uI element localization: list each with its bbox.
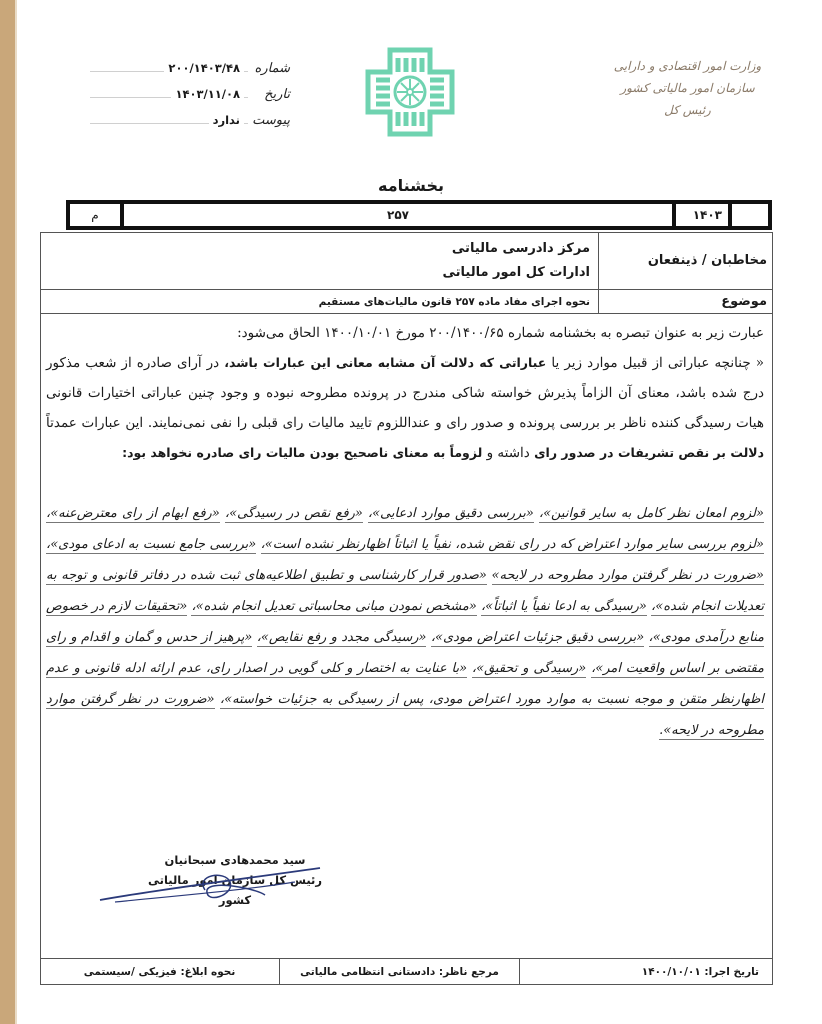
- intro-paragraph: عبارت زیر به عنوان تبصره به بخشنامه شمار…: [46, 318, 764, 348]
- ministry-letterhead: وزارت امور اقتصادی و دارایی سازمان امور …: [600, 55, 775, 121]
- circular-suffix: م: [70, 204, 120, 226]
- phrase-item: «بررسی جامع نسبت به ادعای مودی»،: [46, 537, 256, 554]
- addressee-item: ادارات کل امور مالیاتی: [40, 261, 590, 285]
- phrase-item: «بررسی دقیق جزئیات اعتراض مودی»،: [431, 630, 644, 647]
- letter-date-label: تاریخ: [250, 87, 290, 102]
- text-run: داشته و: [482, 445, 534, 461]
- addressees-label: مخاطبان / ذینفعان: [598, 232, 773, 289]
- bold-text-run: لزوماً به معنای ناصحیح بودن مالیات رای ص…: [122, 445, 482, 460]
- footer-row: تاریخ اجرا: ۱۴۰۰/۱۰/۰۱ مرجع ناظر: دادستا…: [40, 958, 773, 985]
- circular-year: ۱۴۰۳: [672, 204, 728, 226]
- notification-method: نحوه ابلاغ: فیزیکی /سیستمی: [40, 959, 279, 985]
- bold-text-run: عباراتی که دلالت آن مشابه معانی این عبار…: [224, 355, 546, 370]
- tax-organization-logo-icon: [360, 42, 460, 142]
- attachment-row: پیوست ندارد: [90, 107, 290, 133]
- attachment-value: ندارد: [209, 113, 244, 127]
- phrase-item: «ضرورت در نظر گرفتن موارد مطروحه در لایح…: [492, 568, 764, 585]
- supervisory-reference: مرجع ناظر: دادستانی انتظامی مالیاتی: [279, 959, 519, 985]
- phrase-item: «لزوم بررسی سایر موارد اعتراض که در رای …: [261, 537, 764, 554]
- main-paragraph: « چنانچه عباراتی از قبیل موارد زیر یا عب…: [46, 348, 764, 468]
- document-title: بخشنامه: [0, 176, 822, 195]
- letter-date-row: تاریخ ۱۴۰۳/۱۱/۰۸: [90, 81, 290, 107]
- phrase-item: «رسیدگی و تحقیق»،: [472, 661, 586, 678]
- circular-number: ۲۵۷: [120, 204, 672, 226]
- paper-edge: [15, 0, 17, 1024]
- subject-value: نحوه اجرای مفاد ماده ۲۵۷ قانون مالیات‌ها…: [40, 290, 598, 313]
- phrase-item: «مشخص نمودن مبانی محاسباتی تعدیل انجام ش…: [191, 599, 476, 616]
- attachment-label: پیوست: [250, 113, 290, 128]
- phrase-item: «بررسی دقیق موارد ادعایی»،: [368, 506, 534, 523]
- phrase-item: «رفع ابهام از رای معترض‌عنه»،: [46, 506, 220, 523]
- addressees-row: مخاطبان / ذینفعان مرکز دادرسی مالیاتی اد…: [40, 232, 773, 290]
- phrase-item: «رسیدگی مجدد و رفع نقایص»،: [257, 630, 427, 647]
- phrase-item: «رسیدگی به ادعا نفیاً یا اثباتاً»،: [481, 599, 647, 616]
- circular-body: عبارت زیر به عنوان تبصره به بخشنامه شمار…: [46, 318, 764, 468]
- organization-line: سازمان امور مالیاتی کشور: [600, 77, 775, 99]
- text-run: « چنانچه عباراتی از قبیل موارد زیر یا: [546, 355, 764, 371]
- letter-number-value: ۲۰۰/۱۴۰۳/۴۸: [164, 61, 244, 75]
- effective-date: تاریخ اجرا: ۱۴۰۰/۱۰/۰۱: [519, 959, 773, 985]
- desk-background-edge: [0, 0, 15, 1024]
- number-bar-empty-cell: [728, 204, 768, 226]
- handwritten-signature-icon: [95, 860, 325, 910]
- phrase-item: «لزوم امعان نظر کامل به سایر قوانین»،: [539, 506, 764, 523]
- subject-label: موضوع: [598, 290, 773, 313]
- addressees-value: مرکز دادرسی مالیاتی ادارات کل امور مالیا…: [40, 232, 598, 289]
- letter-date-value: ۱۴۰۳/۱۱/۰۸: [171, 87, 244, 101]
- ministry-line: وزارت امور اقتصادی و دارایی: [600, 55, 775, 77]
- letter-number-label: شماره: [250, 61, 290, 76]
- head-title-line: رئیس کل: [600, 99, 775, 121]
- letter-meta: شماره ۲۰۰/۱۴۰۳/۴۸ تاریخ ۱۴۰۳/۱۱/۰۸ پیوست…: [90, 55, 290, 133]
- phrase-item: «رفع نقص در رسیدگی»،: [225, 506, 363, 523]
- circular-number-bar: ۱۴۰۳ ۲۵۷ م: [66, 200, 772, 230]
- bold-text-run: دلالت بر نقص تشریفات در صدور رای: [534, 445, 764, 460]
- phrase-list: «لزوم امعان نظر کامل به سایر قوانین»، «ب…: [46, 498, 764, 746]
- subject-row: موضوع نحوه اجرای مفاد ماده ۲۵۷ قانون مال…: [40, 290, 773, 314]
- letter-number-row: شماره ۲۰۰/۱۴۰۳/۴۸: [90, 55, 290, 81]
- addressee-item: مرکز دادرسی مالیاتی: [40, 237, 590, 261]
